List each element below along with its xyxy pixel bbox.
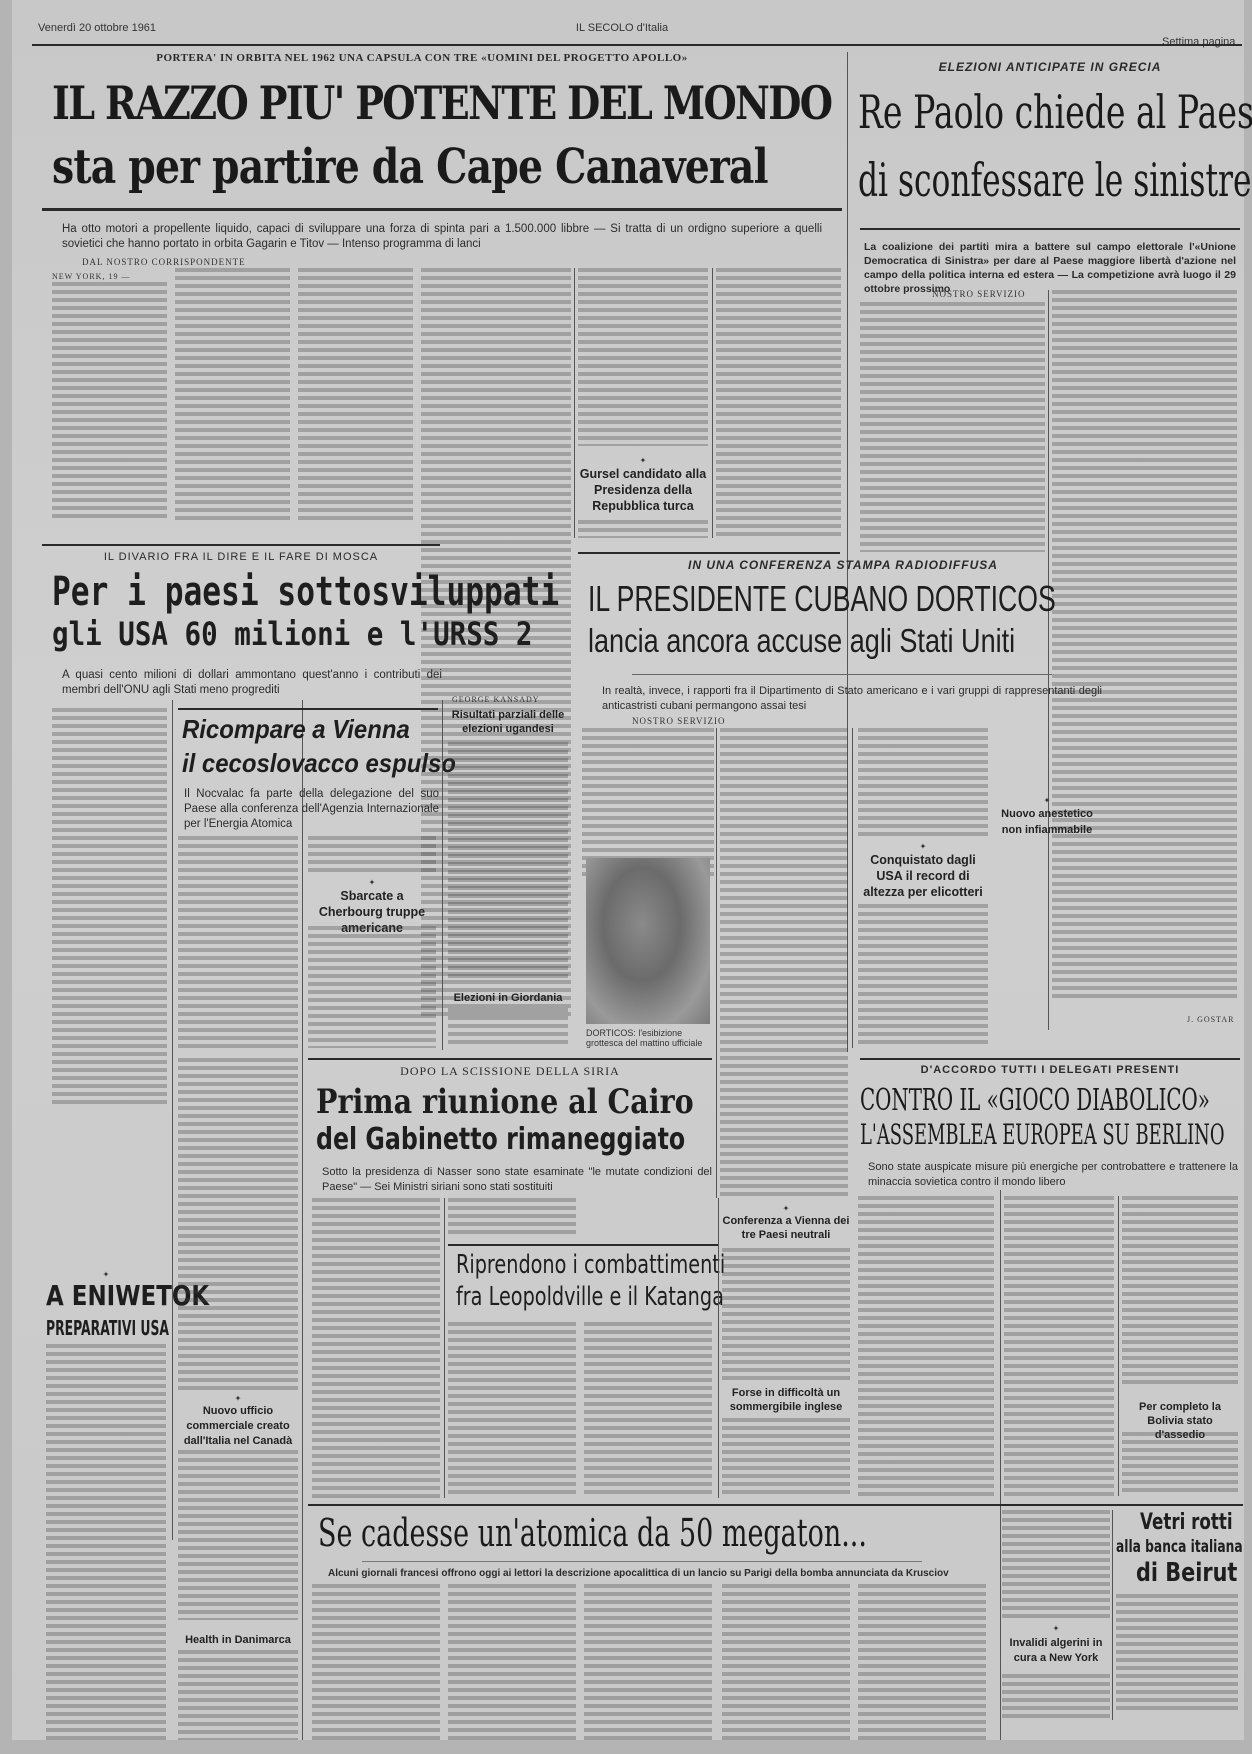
divider-star: ✦ xyxy=(1002,1624,1110,1633)
bolivia-body xyxy=(1122,1432,1238,1496)
rocket-kicker: PORTERA' IN ORBITA NEL 1962 UNA CAPSULA … xyxy=(52,52,792,64)
algerians-body xyxy=(1002,1674,1110,1722)
cairo-deck: Sotto la presidenza di Nasser sono state… xyxy=(322,1165,712,1195)
greece-column-1 xyxy=(860,302,1045,552)
berlin-kicker: D'ACCORDO TUTTI I DELEGATI PRESENTI xyxy=(860,1064,1240,1076)
column-rule xyxy=(852,728,853,1048)
beirut-headline-1: Vetri rotti xyxy=(1140,1510,1233,1536)
eniwetok-headline-2: PREPARATIVI USA xyxy=(46,1316,169,1340)
cuba-rule xyxy=(578,552,840,554)
cairo-column-1 xyxy=(312,1198,440,1498)
beirut-body xyxy=(1116,1594,1238,1714)
cairo-headline-1: Prima riunione al Cairo xyxy=(316,1082,694,1122)
cuba-headline-1: IL PRESIDENTE CUBANO DORTICOS xyxy=(588,578,1056,620)
column-rule xyxy=(442,700,443,1050)
column-rule xyxy=(1000,1190,1001,1740)
rocket-column-3 xyxy=(298,268,413,522)
helicopter-headline: Conquistato dagli USA il record di altez… xyxy=(858,852,988,900)
vienna-column-1 xyxy=(178,836,298,1048)
rocket-rule xyxy=(42,208,842,211)
aid-headline-2: gli USA 60 milioni e l'URSS 2 xyxy=(52,614,532,654)
gursel-body xyxy=(578,520,708,538)
berlin-column-2 xyxy=(1004,1196,1114,1496)
cairo-rule xyxy=(308,1058,712,1060)
divider-star: ✦ xyxy=(46,1270,166,1279)
denmark-headline: Health in Danimarca xyxy=(178,1632,298,1648)
beirut-headline-2: alla banca italiana xyxy=(1116,1536,1243,1558)
masthead-rule xyxy=(32,44,1242,46)
divider-star: ✦ xyxy=(578,456,708,465)
submarine-headline: Forse in difficoltà un sommergibile ingl… xyxy=(722,1386,850,1414)
rocket-headline-2: sta per partire da Cape Canaveral xyxy=(52,138,768,196)
berlin-deck: Sono state auspicate misure più energich… xyxy=(868,1160,1238,1190)
megaton-column-5 xyxy=(858,1584,986,1740)
canada-headline: Nuovo ufficio commerciale creato dall'It… xyxy=(178,1404,298,1449)
dorticos-photo xyxy=(586,858,710,1024)
cuba-column-1 xyxy=(582,728,714,878)
jordan-body xyxy=(448,1008,568,1048)
megaton-column-3 xyxy=(584,1584,712,1740)
issue-date: Venerdì 20 ottobre 1961 xyxy=(38,22,156,34)
aid-headline-1: Per i paesi sottosviluppati xyxy=(52,570,559,614)
berlin-column-3 xyxy=(1122,1196,1238,1386)
neutral-body xyxy=(722,1248,850,1380)
cuba-byline: NOSTRO SERVIZIO xyxy=(632,716,726,726)
uganda-headline: Risultati parziali delle elezioni ugande… xyxy=(448,708,568,736)
berlin-rule xyxy=(860,1058,1240,1060)
photo-caption: DORTICOS: l'esibizione grottesca del mat… xyxy=(586,1028,710,1048)
megaton-rule xyxy=(308,1504,1243,1506)
denmark-body xyxy=(178,1650,298,1740)
katanga-headline-1: Riprendono i combattimenti xyxy=(456,1250,725,1280)
cuba-deck: In realtà, invece, i rapporti fra il Dip… xyxy=(602,684,1102,714)
column-rule xyxy=(1112,1510,1113,1720)
katanga-column-2 xyxy=(584,1322,712,1498)
cairo-headline-2: del Gabinetto rimaneggiato xyxy=(316,1122,685,1158)
rocket-column-1 xyxy=(52,282,167,522)
rocket-column-5 xyxy=(578,268,708,446)
newspaper-page: Venerdì 20 ottobre 1961 IL SECOLO d'Ital… xyxy=(12,0,1244,1740)
gansabv-signature: GEORGE KANSADY xyxy=(452,695,540,704)
greece-headline-2: di sconfessare le sinistre xyxy=(858,150,1252,210)
cuba-rule-thin xyxy=(632,674,1052,675)
divider-star: ✦ xyxy=(178,1394,298,1403)
column-rule xyxy=(172,700,173,1540)
rocket-byline: DAL NOSTRO CORRISPONDENTE xyxy=(82,257,246,267)
berlin-headline-2: L'ASSEMBLEA EUROPEA SU BERLINO xyxy=(860,1118,1225,1152)
column-rule xyxy=(302,700,303,1740)
vienna-headline-2: il cecoslovacco espulso xyxy=(182,746,456,780)
cherbourg-body xyxy=(308,926,436,1048)
greece-byline: NOSTRO SERVIZIO xyxy=(932,289,1026,299)
katanga-column-1 xyxy=(448,1322,576,1498)
column-rule xyxy=(574,268,575,538)
megaton-deck: Alcuni giornali francesi offrono oggi ai… xyxy=(328,1566,968,1581)
cairo-column-2 xyxy=(448,1198,576,1238)
aid-kicker: IL DIVARIO FRA IL DIRE E IL FARE DI MOSC… xyxy=(42,551,440,563)
rocket-column-2 xyxy=(175,268,290,522)
megaton-column-1 xyxy=(312,1584,440,1740)
megaton-headline: Se cadesse un'atomica da 50 megaton... xyxy=(318,1510,867,1556)
rocket-column-6 xyxy=(716,268,841,536)
megaton-column-2 xyxy=(448,1584,576,1740)
column-rule xyxy=(1048,290,1049,1030)
gursel-headline: Gursel candidato alla Presidenza della R… xyxy=(578,466,708,514)
column-rule xyxy=(444,1198,445,1498)
submarine-body xyxy=(722,1418,850,1498)
canada-body xyxy=(178,1450,298,1620)
greece-kicker: ELEZIONI ANTICIPATE IN GRECIA xyxy=(860,60,1240,74)
uganda-body xyxy=(448,742,568,982)
greece-deck: La coalizione dei partiti mira a battere… xyxy=(864,240,1236,296)
helicopter-body xyxy=(858,904,988,1044)
beirut-headline-3: di Beirut xyxy=(1136,1558,1237,1588)
greece-column-2 xyxy=(1052,290,1237,1000)
jordan-headline: Elezioni in Giordania xyxy=(448,990,568,1006)
column-rule xyxy=(718,1198,719,1498)
column-rule xyxy=(1118,1196,1119,1496)
cairo-kicker: DOPO LA SCISSIONE DELLA SIRIA xyxy=(308,1064,712,1079)
aid-rule xyxy=(42,544,440,546)
neutral-headline: Conferenza a Vienna dei tre Paesi neutra… xyxy=(722,1214,850,1242)
greece-rule xyxy=(860,228,1240,230)
megaton-column-4 xyxy=(722,1584,850,1740)
aid-column-1 xyxy=(52,708,167,1108)
vienna-headline-1: Ricompare a Vienna xyxy=(182,712,410,746)
divider-star: ✦ xyxy=(992,796,1102,805)
megaton-column-6 xyxy=(1002,1510,1110,1620)
algerians-headline: Invalidi algerini in cura a New York xyxy=(1002,1636,1110,1666)
cuba-column-2 xyxy=(720,728,848,1198)
rocket-headline-1: IL RAZZO PIU' POTENTE DEL MONDO xyxy=(52,74,831,132)
paper-name: IL SECOLO d'Italia xyxy=(472,22,772,34)
aid-deck: A quasi cento milioni di dollari ammonta… xyxy=(62,668,442,698)
berlin-column-1 xyxy=(858,1196,994,1496)
cuba-kicker: IN UNA CONFERENZA STAMPA RADIODIFFUSA xyxy=(578,558,1108,572)
greece-signature: J. GOSTAR xyxy=(1187,1015,1234,1024)
eniwetok-body xyxy=(46,1344,166,1740)
katanga-headline-2: fra Leopoldville e il Katanga xyxy=(456,1282,724,1312)
rocket-dateline: NEW YORK, 19 — xyxy=(52,272,130,281)
vienna-deck: Il Nocvalac fa parte della delegazione d… xyxy=(184,787,439,832)
rocket-deck: Ha otto motori a propellente liquido, ca… xyxy=(62,222,822,252)
divider-star: ✦ xyxy=(308,878,436,887)
megaton-rule-thin xyxy=(362,1561,922,1562)
cuba-column-3 xyxy=(858,728,988,838)
berlin-headline-1: CONTRO IL «GIOCO DIABOLICO» xyxy=(860,1084,1210,1118)
page-label: Settima pagina xyxy=(1162,36,1235,48)
vienna-column-2 xyxy=(308,836,436,876)
divider-star: ✦ xyxy=(722,1204,850,1213)
column-rule xyxy=(716,728,717,1198)
divider-star: ✦ xyxy=(858,842,988,851)
katanga-rule xyxy=(448,1244,718,1246)
aid-column-2 xyxy=(178,1058,298,1393)
vienna-rule xyxy=(178,708,438,710)
cuba-headline-2: lancia ancora accuse agli Stati Uniti xyxy=(588,620,1015,662)
column-rule xyxy=(712,268,713,538)
greece-headline-1: Re Paolo chiede al Paese xyxy=(858,82,1252,142)
fireproof-headline: Nuovo anestetico non infiammabile xyxy=(992,806,1102,838)
